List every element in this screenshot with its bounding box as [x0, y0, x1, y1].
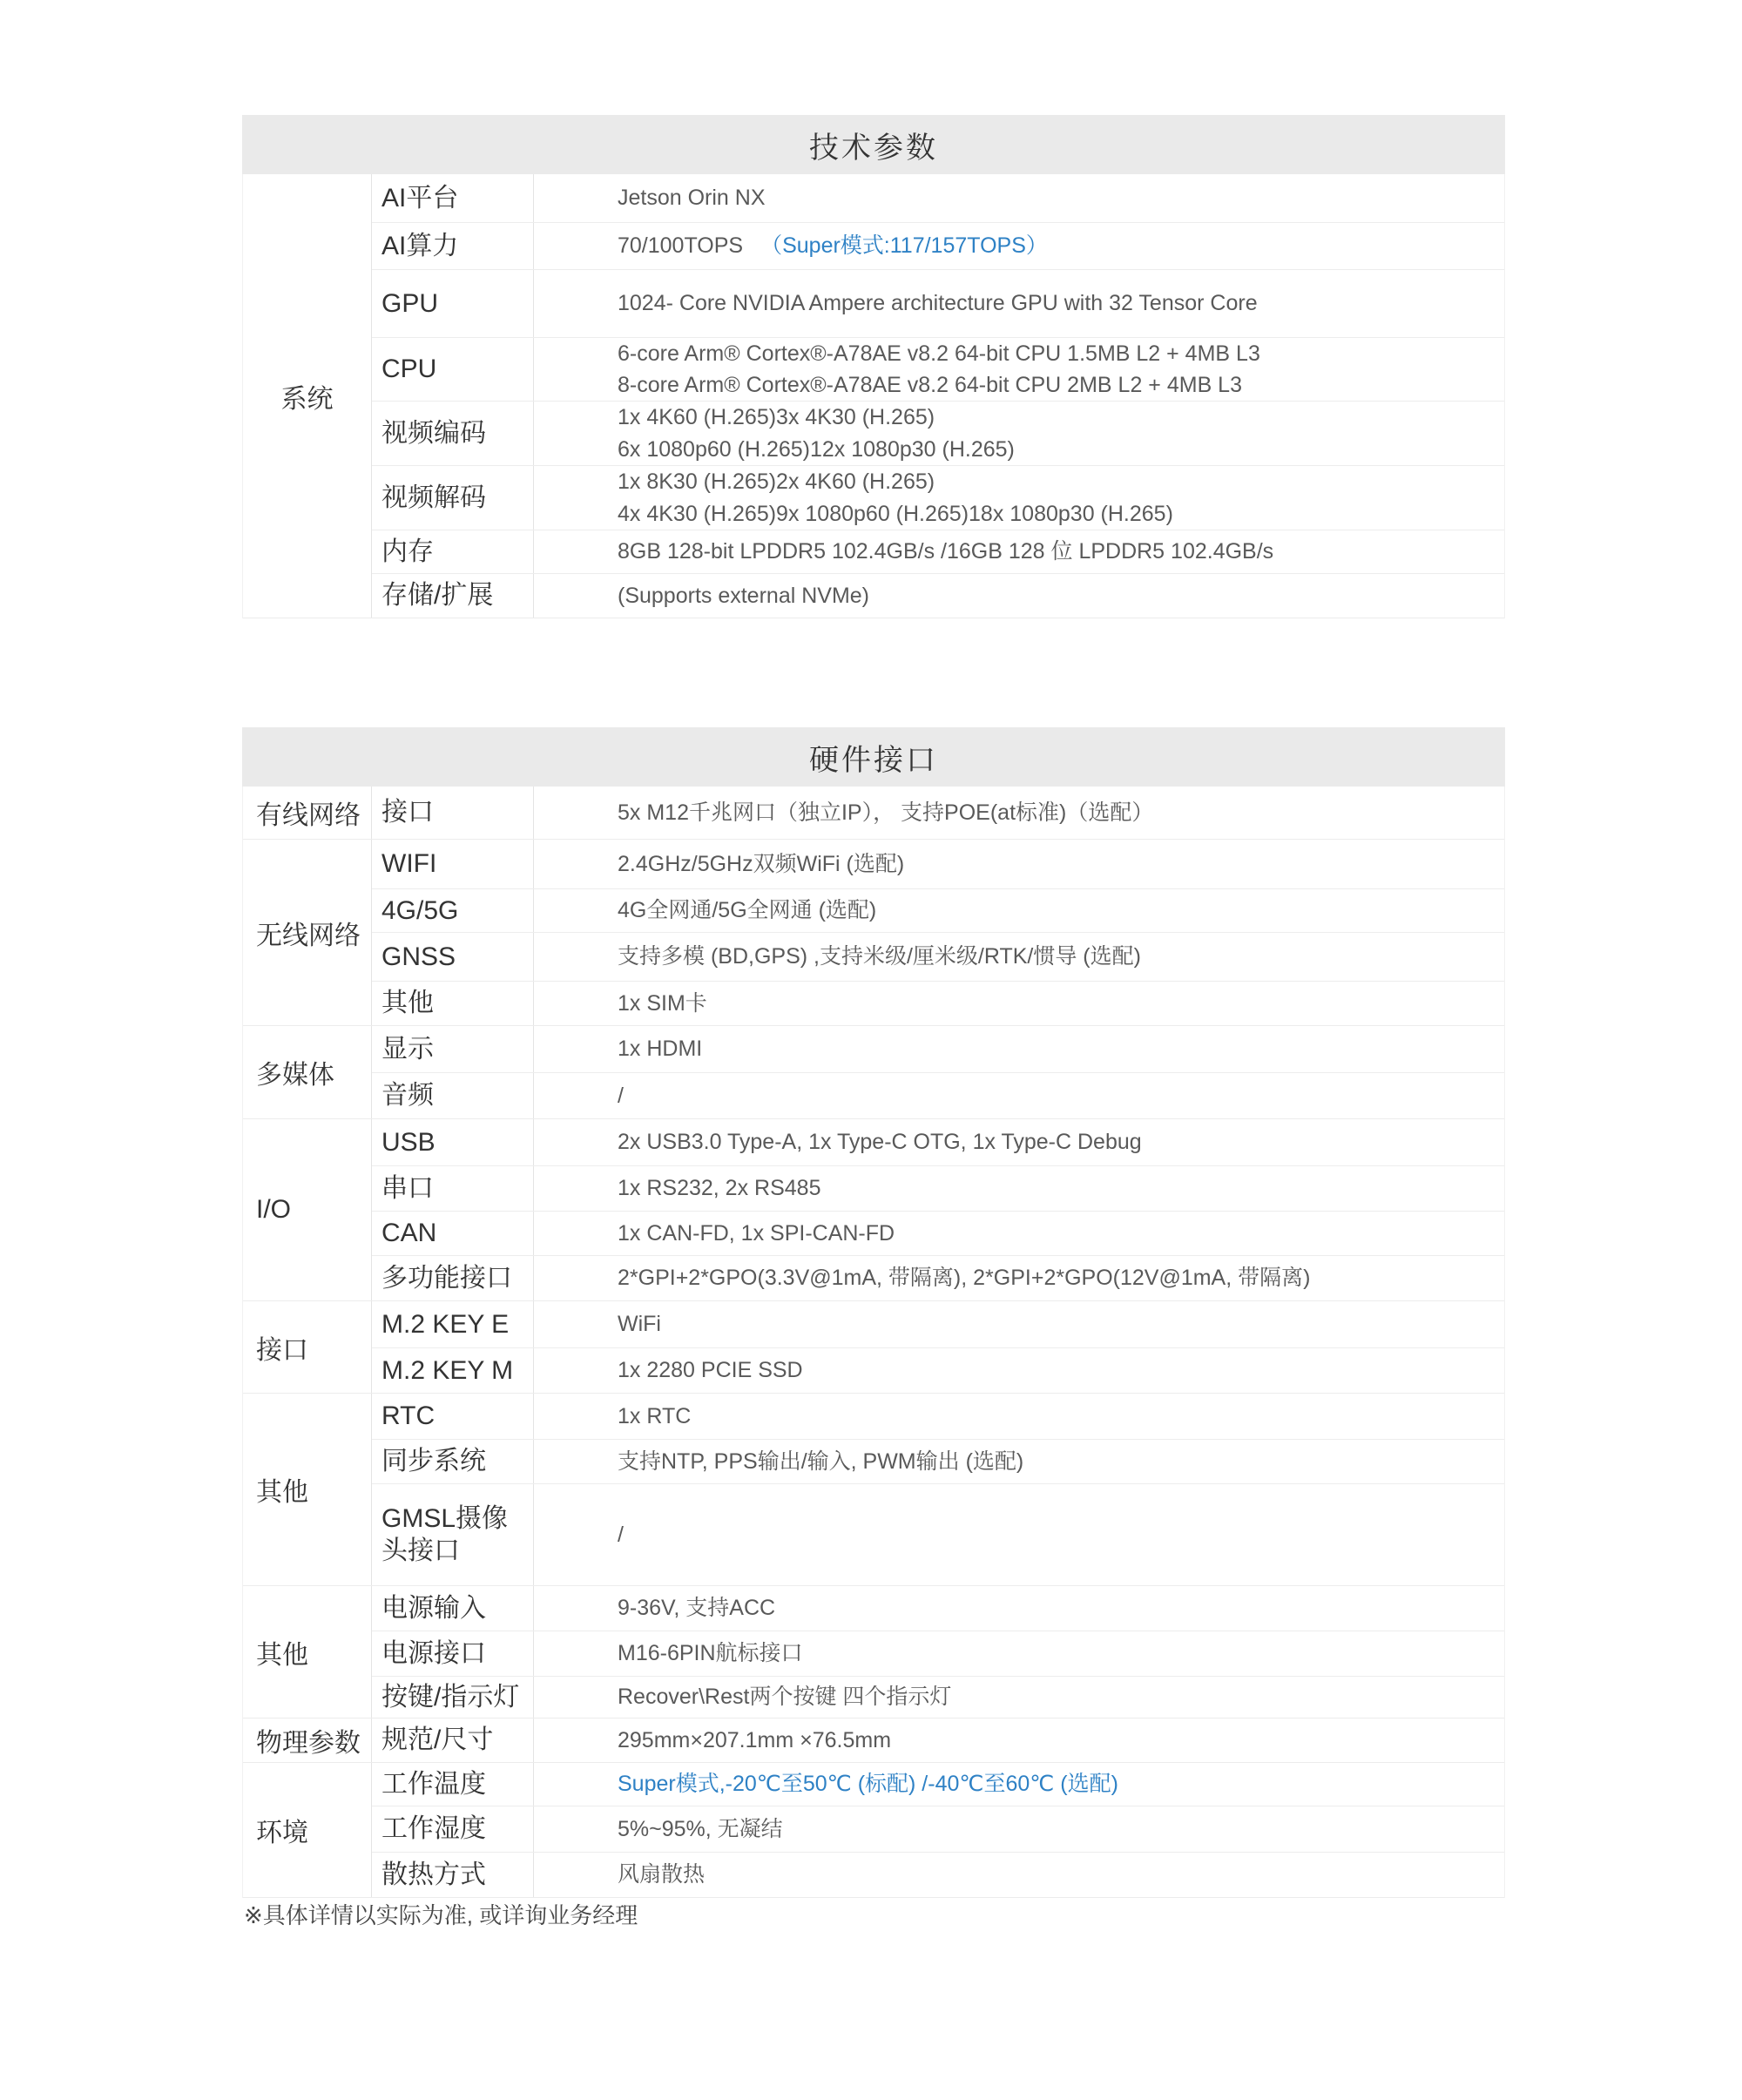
value-line: Jetson Orin NX: [618, 182, 1487, 214]
footnote: ※具体详情以实际为准, 或详询业务经理: [244, 1898, 638, 1930]
tech-params-table: 技术参数 系统 AI平台 Jetson Orin NX AI算力 70/100T…: [242, 115, 1505, 618]
category-label-multimedia: 多媒体: [243, 1026, 372, 1118]
param-label: 视频解码: [372, 466, 534, 530]
tech-params-title: 技术参数: [242, 115, 1505, 174]
value-line: 1x CAN-FD, 1x SPI-CAN-FD: [618, 1218, 1487, 1250]
param-value: 8GB 128-bit LPDDR5 102.4GB/s /16GB 128 位…: [534, 530, 1504, 573]
param-value: 1x SIM卡: [534, 982, 1504, 1025]
category-label-other-1: 其他: [243, 1394, 372, 1585]
value-line: 5%~95%, 无凝结: [618, 1813, 1487, 1846]
param-value: 1x RTC: [534, 1394, 1504, 1439]
param-label: AI平台: [372, 174, 534, 222]
environment-group: 环境 工作温度 Super模式,-20℃至50℃ (标配) /-40℃至60℃ …: [243, 1763, 1504, 1898]
param-value: 2*GPI+2*GPO(3.3V@1mA, 带隔离), 2*GPI+2*GPO(…: [534, 1256, 1504, 1300]
category-label-other-2: 其他: [243, 1586, 372, 1718]
value-line: 295mm×207.1mm ×76.5mm: [618, 1725, 1487, 1757]
category-label-physical: 物理参数: [243, 1718, 372, 1762]
value-line: M16-6PIN航标接口: [618, 1637, 1487, 1670]
io-group: I/O USB 2x USB3.0 Type-A, 1x Type-C OTG,…: [243, 1119, 1504, 1301]
param-value: 4G全网通/5G全网通 (选配): [534, 889, 1504, 932]
accent-note: （Super模式:117/157TOPS）: [760, 233, 1048, 258]
param-value: Super模式,-20℃至50℃ (标配) /-40℃至60℃ (选配): [534, 1763, 1504, 1806]
value-line: 5x M12千兆网口（独立IP）， 支持POE(at标准)（选配）: [618, 797, 1487, 829]
param-value: 9-36V, 支持ACC: [534, 1586, 1504, 1631]
table-row: 规范/尺寸 295mm×207.1mm ×76.5mm: [372, 1718, 1504, 1762]
param-label: GPU: [372, 270, 534, 337]
value-line: 支持多模 (BD,GPS) ,支持米级/厘米级/RTK/惯导 (选配): [618, 941, 1487, 973]
value-line: 9-36V, 支持ACC: [618, 1592, 1487, 1624]
value-line: 1x HDMI: [618, 1033, 1487, 1065]
param-value: 2.4GHz/5GHz双频WiFi (选配): [534, 840, 1504, 888]
param-label: 内存: [372, 530, 534, 573]
table-row: 显示 1x HDMI: [372, 1026, 1504, 1072]
value-line: 2*GPI+2*GPO(3.3V@1mA, 带隔离), 2*GPI+2*GPO(…: [618, 1262, 1487, 1294]
value-line: 1024- Core NVIDIA Ampere architecture GP…: [618, 287, 1487, 320]
physical-params-group: 物理参数 规范/尺寸 295mm×207.1mm ×76.5mm: [243, 1718, 1504, 1763]
param-label: M.2 KEY E: [372, 1301, 534, 1347]
param-label: GNSS: [372, 933, 534, 981]
table-row: 音频 /: [372, 1072, 1504, 1118]
other-group-2: 其他 电源输入 9-36V, 支持ACC 电源接口 M16-6PIN航标接口 按…: [243, 1586, 1504, 1718]
param-value: 6-core Arm® Cortex®-A78AE v8.2 64-bit CP…: [534, 338, 1504, 401]
value-line: 1x RTC: [618, 1401, 1487, 1433]
param-label: 其他: [372, 982, 534, 1025]
value-line: 4G全网通/5G全网通 (选配): [618, 895, 1487, 927]
value-plain: 70/100TOPS: [618, 233, 743, 258]
hardware-interfaces-title: 硬件接口: [242, 727, 1505, 787]
table-row: 接口 5x M12千兆网口（独立IP）， 支持POE(at标准)（选配）: [372, 787, 1504, 839]
table-row: 按键/指示灯 Recover\Rest两个按键 四个指示灯: [372, 1676, 1504, 1718]
param-label: 视频编码: [372, 402, 534, 465]
param-label: 散热方式: [372, 1853, 534, 1897]
param-value: /: [534, 1073, 1504, 1118]
value-line: 6x 1080p60 (H.265)12x 1080p30 (H.265): [618, 434, 1487, 466]
table-row: 散热方式 风扇散热: [372, 1852, 1504, 1897]
param-label: 工作温度: [372, 1763, 534, 1806]
param-label: 按键/指示灯: [372, 1677, 534, 1718]
system-group: 系统 AI平台 Jetson Orin NX AI算力 70/100TOPS（S…: [243, 174, 1504, 618]
param-label: CPU: [372, 338, 534, 401]
wired-network-group: 有线网络 接口 5x M12千兆网口（独立IP）， 支持POE(at标准)（选配…: [243, 787, 1504, 840]
value-line: 1x 4K60 (H.265)3x 4K30 (H.265): [618, 402, 1487, 434]
spec-sheet-page: 技术参数 系统 AI平台 Jetson Orin NX AI算力 70/100T…: [0, 0, 1742, 2100]
category-label-io: I/O: [243, 1119, 372, 1300]
param-label: 音频: [372, 1073, 534, 1118]
value-line: 6-core Arm® Cortex®-A78AE v8.2 64-bit CP…: [618, 338, 1487, 370]
table-row: WIFI 2.4GHz/5GHz双频WiFi (选配): [372, 840, 1504, 888]
param-value: 1x 8K30 (H.265)2x 4K60 (H.265) 4x 4K30 (…: [534, 466, 1504, 530]
table-row: AI平台 Jetson Orin NX: [372, 174, 1504, 222]
multimedia-group: 多媒体 显示 1x HDMI 音频 /: [243, 1026, 1504, 1119]
table-row: GMSL摄像头接口 /: [372, 1483, 1504, 1585]
category-label-connectors: 接口: [243, 1301, 372, 1393]
param-value: 295mm×207.1mm ×76.5mm: [534, 1718, 1504, 1762]
system-rows: AI平台 Jetson Orin NX AI算力 70/100TOPS（Supe…: [372, 174, 1504, 618]
connectors-group: 接口 M.2 KEY E WiFi M.2 KEY M 1x 2280 PCIE…: [243, 1301, 1504, 1394]
param-value: Jetson Orin NX: [534, 174, 1504, 222]
value-line: Recover\Rest两个按键 四个指示灯: [618, 1681, 1487, 1713]
table-row: 串口 1x RS232, 2x RS485: [372, 1165, 1504, 1211]
value-line: 1x RS232, 2x RS485: [618, 1172, 1487, 1205]
category-label-system: 系统: [243, 174, 372, 618]
param-value: 1x 2280 PCIE SSD: [534, 1348, 1504, 1393]
param-label: 电源输入: [372, 1586, 534, 1631]
param-label: 存储/扩展: [372, 574, 534, 618]
param-label: GMSL摄像头接口: [372, 1484, 534, 1585]
param-value: Recover\Rest两个按键 四个指示灯: [534, 1677, 1504, 1718]
table-row: M.2 KEY M 1x 2280 PCIE SSD: [372, 1347, 1504, 1393]
table-row: 多功能接口 2*GPI+2*GPO(3.3V@1mA, 带隔离), 2*GPI+…: [372, 1255, 1504, 1300]
table-row: CAN 1x CAN-FD, 1x SPI-CAN-FD: [372, 1211, 1504, 1255]
table-row: 同步系统 支持NTP, PPS输出/输入, PWM输出 (选配): [372, 1439, 1504, 1483]
table-row: 存储/扩展 (Supports external NVMe): [372, 573, 1504, 618]
param-label: 4G/5G: [372, 889, 534, 932]
table-row: 其他 1x SIM卡: [372, 981, 1504, 1025]
param-label: 规范/尺寸: [372, 1718, 534, 1762]
param-label: 工作湿度: [372, 1806, 534, 1852]
param-value: WiFi: [534, 1301, 1504, 1347]
value-line: 1x 2280 PCIE SSD: [618, 1354, 1487, 1387]
value-line: 1x SIM卡: [618, 988, 1487, 1020]
tech-params-body: 系统 AI平台 Jetson Orin NX AI算力 70/100TOPS（S…: [242, 174, 1505, 618]
table-row: 工作温度 Super模式,-20℃至50℃ (标配) /-40℃至60℃ (选配…: [372, 1763, 1504, 1806]
param-label: 串口: [372, 1166, 534, 1211]
table-row: 视频解码 1x 8K30 (H.265)2x 4K60 (H.265) 4x 4…: [372, 465, 1504, 530]
table-row: GPU 1024- Core NVIDIA Ampere architectur…: [372, 269, 1504, 337]
param-label: WIFI: [372, 840, 534, 888]
value-line: 8-core Arm® Cortex®-A78AE v8.2 64-bit CP…: [618, 369, 1487, 402]
param-value: 1x HDMI: [534, 1026, 1504, 1072]
table-row: USB 2x USB3.0 Type-A, 1x Type-C OTG, 1x …: [372, 1119, 1504, 1165]
param-label: 显示: [372, 1026, 534, 1072]
value-line: 1x 8K30 (H.265)2x 4K60 (H.265): [618, 466, 1487, 498]
param-label: M.2 KEY M: [372, 1348, 534, 1393]
value-line: 70/100TOPS（Super模式:117/157TOPS）: [618, 230, 1487, 262]
param-label: 电源接口: [372, 1631, 534, 1676]
category-label-wired-network: 有线网络: [243, 787, 372, 839]
param-value: 1024- Core NVIDIA Ampere architecture GP…: [534, 270, 1504, 337]
value-line: 2x USB3.0 Type-A, 1x Type-C OTG, 1x Type…: [618, 1126, 1487, 1158]
param-label: USB: [372, 1119, 534, 1165]
table-row: GNSS 支持多模 (BD,GPS) ,支持米级/厘米级/RTK/惯导 (选配): [372, 932, 1504, 981]
param-label: AI算力: [372, 223, 534, 269]
wireless-network-group: 无线网络 WIFI 2.4GHz/5GHz双频WiFi (选配) 4G/5G 4…: [243, 840, 1504, 1026]
param-value: 1x RS232, 2x RS485: [534, 1166, 1504, 1211]
table-row: 视频编码 1x 4K60 (H.265)3x 4K30 (H.265) 6x 1…: [372, 401, 1504, 465]
category-label-wireless-network: 无线网络: [243, 840, 372, 1025]
table-row: 4G/5G 4G全网通/5G全网通 (选配): [372, 888, 1504, 932]
value-line-accent: Super模式,-20℃至50℃ (标配) /-40℃至60℃ (选配): [618, 1768, 1487, 1800]
table-row: 电源输入 9-36V, 支持ACC: [372, 1586, 1504, 1631]
param-value: 2x USB3.0 Type-A, 1x Type-C OTG, 1x Type…: [534, 1119, 1504, 1165]
param-value: 5x M12千兆网口（独立IP）， 支持POE(at标准)（选配）: [534, 787, 1504, 839]
param-label: 多功能接口: [372, 1256, 534, 1300]
table-row: RTC 1x RTC: [372, 1394, 1504, 1439]
param-value: 支持NTP, PPS输出/输入, PWM输出 (选配): [534, 1440, 1504, 1483]
param-value: 1x 4K60 (H.265)3x 4K30 (H.265) 6x 1080p6…: [534, 402, 1504, 465]
value-line: 风扇散热: [618, 1859, 1487, 1891]
param-value: M16-6PIN航标接口: [534, 1631, 1504, 1676]
param-value: 1x CAN-FD, 1x SPI-CAN-FD: [534, 1212, 1504, 1255]
table-row: M.2 KEY E WiFi: [372, 1301, 1504, 1347]
table-row: CPU 6-core Arm® Cortex®-A78AE v8.2 64-bi…: [372, 337, 1504, 401]
category-label-environment: 环境: [243, 1763, 372, 1897]
param-value: 支持多模 (BD,GPS) ,支持米级/厘米级/RTK/惯导 (选配): [534, 933, 1504, 981]
param-label: RTC: [372, 1394, 534, 1439]
hardware-interfaces-body: 有线网络 接口 5x M12千兆网口（独立IP）， 支持POE(at标准)（选配…: [242, 787, 1505, 1898]
param-value: 风扇散热: [534, 1853, 1504, 1897]
param-label: 接口: [372, 787, 534, 839]
value-line: 4x 4K30 (H.265)9x 1080p60 (H.265)18x 108…: [618, 498, 1487, 530]
param-value: (Supports external NVMe): [534, 574, 1504, 618]
table-row: 电源接口 M16-6PIN航标接口: [372, 1631, 1504, 1676]
value-line: 支持NTP, PPS输出/输入, PWM输出 (选配): [618, 1446, 1487, 1478]
param-label: 同步系统: [372, 1440, 534, 1483]
table-row: AI算力 70/100TOPS（Super模式:117/157TOPS）: [372, 222, 1504, 269]
value-line: /: [618, 1519, 1487, 1551]
value-line: WiFi: [618, 1308, 1487, 1340]
other-group-1: 其他 RTC 1x RTC 同步系统 支持NTP, PPS输出/输入, PWM输…: [243, 1394, 1504, 1586]
param-value: /: [534, 1484, 1504, 1585]
param-value: 70/100TOPS（Super模式:117/157TOPS）: [534, 223, 1504, 269]
value-line: (Supports external NVMe): [618, 580, 1487, 612]
value-line: 2.4GHz/5GHz双频WiFi (选配): [618, 848, 1487, 881]
param-value: 5%~95%, 无凝结: [534, 1806, 1504, 1852]
value-line: /: [618, 1080, 1487, 1112]
table-row: 内存 8GB 128-bit LPDDR5 102.4GB/s /16GB 12…: [372, 530, 1504, 573]
value-line: 8GB 128-bit LPDDR5 102.4GB/s /16GB 128 位…: [618, 536, 1487, 568]
hardware-interfaces-table: 硬件接口 有线网络 接口 5x M12千兆网口（独立IP）， 支持POE(at标…: [242, 727, 1505, 1898]
param-label: CAN: [372, 1212, 534, 1255]
table-row: 工作湿度 5%~95%, 无凝结: [372, 1806, 1504, 1852]
